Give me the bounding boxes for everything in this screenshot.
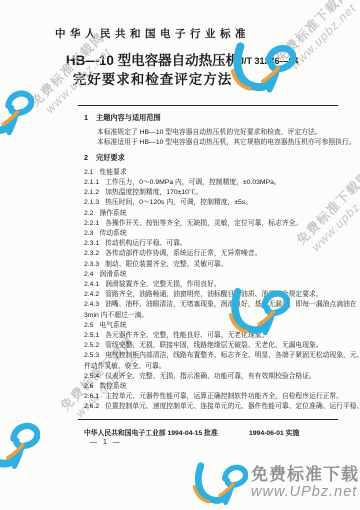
clause-text: 热压时间，0～120s 内，可调，控制精度，±5s。 [105,199,252,206]
clause-line: 2.4.2管路齐全，油路畅通，油窗明亮，油标醒目，油质、油量符合规定要求。 [84,290,340,300]
clause-line: 2.3传动系统 [84,229,340,239]
implementation-date: 1994-06-01 实施 [249,427,299,437]
upbz-logo-icon [230,40,296,98]
clause-number: 2.1 [84,168,93,178]
clause-text: 工作压力，0～0.9MPa 内，可调，控制精度，±0.03MPa。 [105,179,281,186]
clause-number: 2.3.3 [84,260,99,270]
section-heading: 2完好要求 [84,153,340,163]
upbz-logo-icon [192,461,248,509]
clause-text: 传动系统 [99,230,126,237]
clause-line: 件动作灵敏、安全、可靠。 [84,362,340,372]
clause-number: 2.5.2 [84,341,99,351]
clause-line: 2.1.3热压时间，0～120s 内，可调，控制精度，±5s。 [84,198,340,208]
clause-text: 加热温度控制精度，170±10℃。 [105,189,202,196]
clause-number: 2.2.1 [84,219,99,229]
clause-line: 2.4.1润滑装置齐全、完整无损，作用良好。 [84,280,340,290]
clause-line: 2.5.4仪表齐全、完整、无损，指示准确、功能可靠，有有效期校验合格证。 [84,372,340,382]
footer-rule [78,419,338,420]
clause-number: 2.1.2 [84,188,99,198]
clause-text: 各操作开关、按钮等齐全，无缺损，灵敏，定位可靠，标志齐全。 [105,220,302,227]
clause-text: 传动机构运行平稳、可靠。 [105,240,187,247]
clause-number: 2.2 [84,209,93,219]
clause-line: 2.5.3电气控制柜内部清洁，线路布置整齐、标志齐全、明显，各端子紧固无松动现象… [84,351,340,361]
clause-number: 2 [84,153,88,163]
clause-line: 2.2操作系统 [84,209,340,219]
clause-number: 2.4.1 [84,280,99,290]
clause-text: 位置控制单元、速度控制单元、连接单元的元、器件性能可靠、定位准确、运行平稳、各 [105,403,360,410]
clause-text: 润滑装置齐全、完整无损，作用良好。 [105,281,221,288]
clause-line: 2.5电气系统 [84,321,340,331]
clause-line: 2.6数控系统 [84,382,340,392]
clause-text: 电气系统 [99,322,126,329]
clause-text: 管线完整、无损，联接牢固，线路绝缘层无破裂、无老化、无漏电现象。 [105,342,323,349]
clause-text: 性能要求 [99,169,126,176]
clause-line: 2.2.1各操作开关、按钮等齐全，无缺损，灵敏，定位可靠，标志齐全。 [84,219,340,229]
clause-number: 2.5.4 [84,372,99,382]
clause-number: 2.3.2 [84,249,99,259]
clause-line: 2.4.3油嘴、油杯、油眼清洁，无堵塞现象，润滑良好，基本无漏油，即每一漏油点滴… [84,300,340,310]
clause-number: 2.5 [84,321,93,331]
standard-document-page: 免费标准下载网 www.upbz.net 免费标准下载网 www.upbz.ne… [0,0,360,510]
document-body: 1主题内容与适用范围本标准规定了 HB—10 型电容器自动热压机的完好要求和检查… [84,110,340,413]
clause-number: 2.1.3 [84,198,99,208]
clause-number: 2.5.1 [84,331,99,341]
clause-text: 3min 内不超过一滴。 [84,312,148,319]
clause-number: 2.4.3 [84,300,99,310]
clause-line: 本标准规定了 HB—10 型电容器自动热压机的完好要求和检查、评定方法。 [84,128,340,138]
watermark-brand-site-url: www.UPbz.net [251,484,360,501]
approval-note: 中华人民共和国电子工业部 1994-04-15 批准 [84,427,218,437]
clause-text: 完好要求 [96,153,125,162]
page-number: — 1 — [90,439,122,446]
clause-text: 电气控制柜内部清洁，线路布置整齐、标志齐全、明显，各端子紧固无松动现象，元、器 [105,352,360,359]
clause-text: 仪表齐全、完整、无损，指示准确、功能可靠，有有效期校验合格证。 [105,373,316,380]
clause-line: 2.6.1主控单元、元器件性能可靠，运算正确控制软件功能齐全，自检程序运行正常。 [84,392,340,402]
clause-number: 2.6.2 [84,402,99,412]
clause-number: 1 [84,113,88,123]
clause-line: 3min 内不超过一滴。 [84,311,340,321]
clause-line: 2.4润滑系统 [84,270,340,280]
clause-line: 2.1.1工作压力，0～0.9MPa 内，可调，控制精度，±0.03MPa。 [84,178,340,188]
upbz-logo-icon [0,86,34,140]
upbz-logo-icon [0,418,40,474]
clause-text: 件动作灵敏、安全、可靠。 [84,363,166,370]
clause-text: 主题内容与适用范围 [96,113,161,122]
header-rule [78,105,338,106]
clause-number: 2.6.1 [84,392,99,402]
clause-text: 润滑系统 [99,271,126,278]
standard-org-title: 中华人民共和国电子行业标准 [0,26,305,41]
watermark-brand-text: 免费标准下载网 www.UPbz.net [251,465,360,501]
clause-number: 2.4.2 [84,290,99,300]
clause-number: 2.1.1 [84,178,99,188]
upbz-logo-icon [228,286,290,340]
clause-text: 本标准适用于 HB—10 型电容器自动热压机，其它规格的电容器热压机亦可参照执行… [97,139,356,146]
clause-line: 2.1.2加热温度控制精度，170±10℃。 [84,188,340,198]
section-heading: 1主题内容与适用范围 [84,113,340,123]
clause-text: 数控系统 [99,383,126,390]
clause-line: 本标准适用于 HB—10 型电容器自动热压机，其它规格的电容器热压机亦可参照执行… [84,138,340,148]
clause-number: 2.6 [84,382,93,392]
clause-line: 2.3.2各传动部件动作协调，系统运行正常，无异常噪音。 [84,249,340,259]
clause-line: 2.5.1各元器件齐全、完整，性能良好、可靠、无老化现象。 [84,331,340,341]
clause-line: 2.3.3制动、限位装置齐全、完整、灵敏可靠。 [84,260,340,270]
clause-line: 2.1性能要求 [84,168,340,178]
clause-text: 各传动部件动作协调，系统运行正常，无异常噪音。 [105,250,261,257]
clause-number: 2.5.3 [84,351,99,361]
clause-text: 主控单元、元器件性能可靠，运算正确控制软件功能齐全，自检程序运行正常。 [105,393,343,400]
watermark-brand-site-name: 免费标准下载网 [251,465,360,484]
clause-text: 管路齐全，油路畅通，油窗明亮，油标醒目，油质、油量符合规定要求。 [105,291,323,298]
clause-number: 2.3 [84,229,93,239]
clause-line: 2.5.2管线完整、无损，联接牢固，线路绝缘层无破裂、无老化、无漏电现象。 [84,341,340,351]
clause-number: 2.4 [84,270,93,280]
clause-line: 2.6.2位置控制单元、速度控制单元、连接单元的元、器件性能可靠、定位准确、运行… [84,402,340,412]
clause-text: 操作系统 [99,210,126,217]
clause-line: 2.3.1传动机构运行平稳、可靠。 [84,239,340,249]
clause-text: 本标准规定了 HB—10 型电容器自动热压机的完好要求和检查、评定方法。 [97,129,322,136]
clause-number: 2.3.1 [84,239,99,249]
clause-text: 制动、限位装置齐全、完整、灵敏可靠。 [105,261,227,268]
